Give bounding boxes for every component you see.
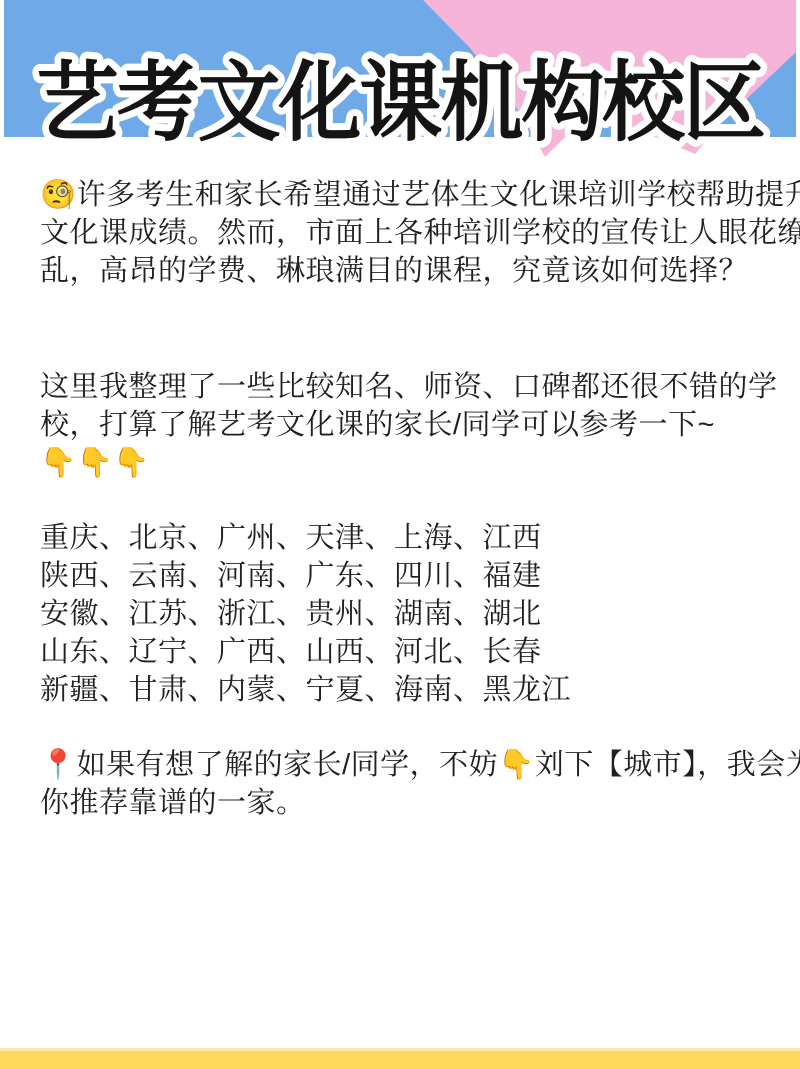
province-row-1: 重庆、北京、广州、天津、上海、江西 <box>40 519 770 557</box>
header-banner: 艺考文化课机构校区 <box>0 0 800 180</box>
pointing-down-icon: 👇👇👇 <box>40 444 770 482</box>
cta-line-1: 📍如果有想了解的家长/同学，不妨👇刘下【城市】，我会为 <box>40 746 770 784</box>
province-list: 重庆、北京、广州、天津、上海、江西 陕西、云南、河南、广东、四川、福建 安徽、江… <box>40 519 770 709</box>
intro-line-3: 乱，高昂的学费、琳琅满目的课程，究竟该如何选择？ <box>40 252 770 290</box>
page-title: 艺考文化课机构校区 <box>36 55 764 152</box>
province-row-2: 陕西、云南、河南、广东、四川、福建 <box>40 557 770 595</box>
intro-paragraph: 🧐许多考生和家长希望通过艺体生文化课培训学校帮助提升 文化课成绩。然而，市面上各… <box>40 176 770 290</box>
cta-paragraph: 📍如果有想了解的家长/同学，不妨👇刘下【城市】，我会为 你推荐靠谱的一家。 <box>40 746 770 822</box>
poster-page: 艺考文化课机构校区 🧐许多考生和家长希望通过艺体生文化课培训学校帮助提升 文化课… <box>0 0 800 1069</box>
footer-yellow-bar <box>0 1048 800 1069</box>
province-row-3: 安徽、江苏、浙江、贵州、湖南、湖北 <box>40 595 770 633</box>
recommend-line-2: 校，打算了解艺考文化课的家长/同学可以参考一下~ <box>40 406 770 444</box>
intro-line-2: 文化课成绩。然而，市面上各种培训学校的宣传让人眼花缭 <box>40 214 770 252</box>
recommend-line-1: 这里我整理了一些比较知名、师资、口碑都还很不错的学 <box>40 368 770 406</box>
cta-line-2: 你推荐靠谱的一家。 <box>40 784 770 822</box>
recommend-paragraph: 这里我整理了一些比较知名、师资、口碑都还很不错的学 校，打算了解艺考文化课的家长… <box>40 368 770 482</box>
province-row-5: 新疆、甘肃、内蒙、宁夏、海南、黑龙江 <box>40 671 770 709</box>
intro-line-1: 🧐许多考生和家长希望通过艺体生文化课培训学校帮助提升 <box>40 176 770 214</box>
province-row-4: 山东、辽宁、广西、山西、河北、长春 <box>40 633 770 671</box>
